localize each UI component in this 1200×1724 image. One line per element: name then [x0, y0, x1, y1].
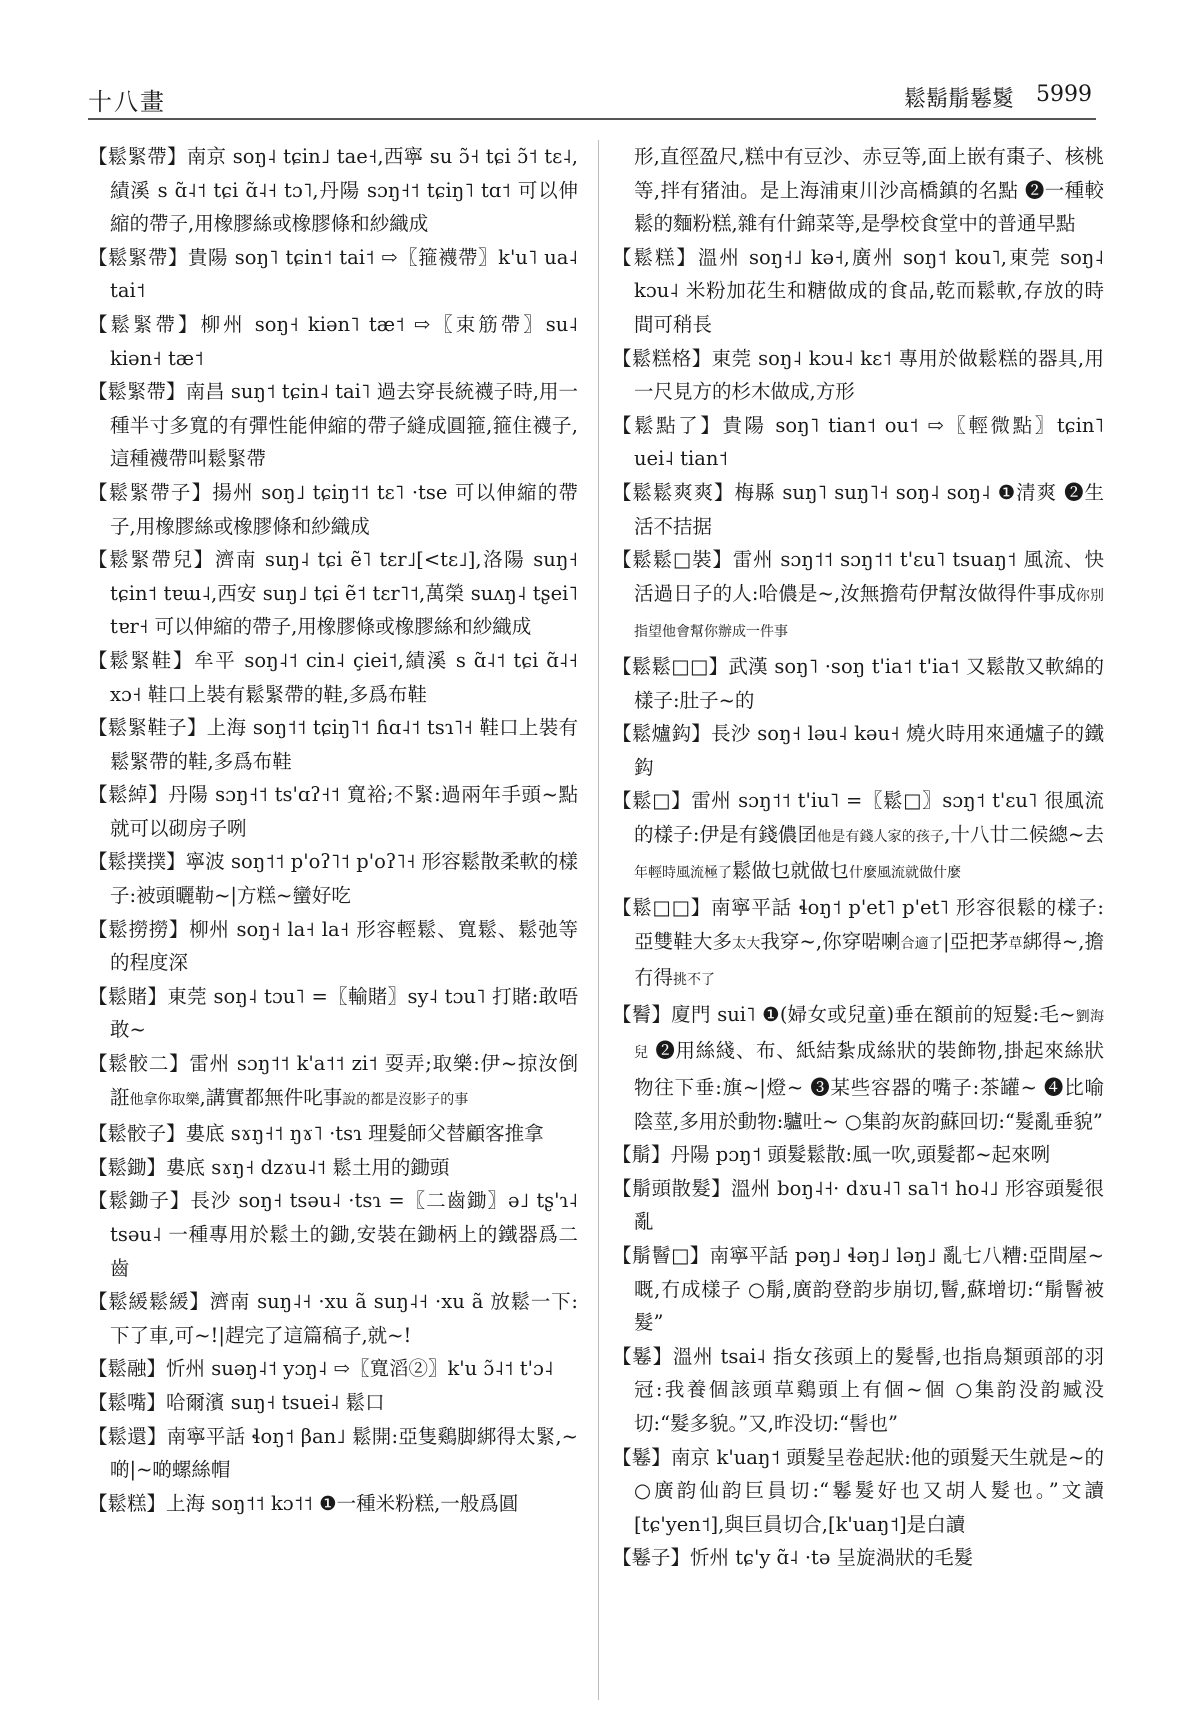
entry-headword: 【鬈】 [612, 1446, 671, 1469]
entry-definition: ❷用絲綫、布、紙結紮成絲狀的裝飾物,掛起來絲狀物往下垂:旗~|燈~ ❸某些容器的… [634, 1039, 1104, 1132]
dictionary-entry: 【鬆嘴】哈爾濱 suŋ˧ tsuei˨ 鬆口 [88, 1386, 578, 1420]
entry-gloss: 合適了 [901, 936, 943, 952]
entry-headword: 【鬆點了】 [612, 414, 722, 437]
section-label: 十八畫 [88, 82, 166, 117]
dictionary-entry: 【鬅】丹陽 pɔŋ˦ 頭髮鬆散:風一吹,頭髮都~起來咧 [612, 1138, 1104, 1172]
dictionary-entry: 【鬆點了】貴陽 soŋ˥ tian˦ ou˦ ⇨〖輕微點〗tɕin˥ uei˨ … [612, 409, 1104, 476]
dictionary-entry: 【鬆鋤】婁底 sɤŋ˧ dzɤu˨˦ 鬆土用的鋤頭 [88, 1151, 578, 1185]
dictionary-entry: 【鬆賭】東莞 soŋ˨ tɔu˥ =〖輸賭〗sy˨ tɔu˥ 打賭:敢唔敢~ [88, 980, 578, 1047]
entry-headword: 【鬆緊鞋】 [88, 649, 194, 672]
entry-headword: 【鬆緊帶子】 [88, 481, 212, 504]
entry-gloss: 太大 [732, 936, 760, 952]
column-divider [598, 140, 599, 1700]
dictionary-entry: 【鬆骹二】雷州 sɔŋ˦˦ k'a˦˦ zi˦ 耍弄;取樂:伊~掠汝倒誑他拿你取… [88, 1047, 578, 1117]
entry-definition: 婁底 sɤŋ˧ dzɤu˨˦ 鬆土用的鋤頭 [166, 1156, 449, 1179]
entry-headword: 【鬈】 [612, 1345, 673, 1368]
dictionary-entry: 【鬆緊帶】柳州 soŋ˧ kiən˥ tæ˦ ⇨〖束筋帶〗su˨ kiən˧ t… [88, 308, 578, 375]
entry-gloss: 挑不了 [673, 972, 715, 988]
dictionary-entry: 【鬆爐鈎】長沙 soŋ˧ ləu˨ kəu˧ 燒火時用來通爐子的鐵鈎 [612, 717, 1104, 784]
dictionary-entry: 形,直徑盈尺,糕中有豆沙、赤豆等,面上嵌有棗子、核桃等,拌有猪油。是上海浦東川沙… [612, 140, 1104, 241]
entry-definition: 東莞 soŋ˨ tɔu˥ =〖輸賭〗sy˨ tɔu˥ 打賭:敢唔敢~ [110, 985, 578, 1042]
dictionary-entry: 【鬆鬆□□】武漢 soŋ˥ ·soŋ t'ia˦ t'ia˦ 又鬆散又軟綿的樣子… [612, 650, 1104, 717]
entry-headword: 【鬆撈撈】 [88, 918, 189, 941]
entry-headword: 【鬆□□】 [612, 896, 711, 919]
page-number: 5999 [1036, 82, 1092, 113]
entry-definition: 形,直徑盈尺,糕中有豆沙、赤豆等,面上嵌有棗子、核桃等,拌有猪油。是上海浦東川沙… [634, 145, 1104, 235]
entry-headword: 【鬈子】 [612, 1546, 690, 1569]
entry-headword: 【鬆緊帶】 [88, 246, 188, 269]
dictionary-entry: 【鬆還】南寧平話 ɬoŋ˦ βan˩ 鬆開:亞隻鷄脚綁得太緊,~啲|~啲螺絲帽 [88, 1420, 578, 1487]
entry-definition: 婁底 sɤŋ˧˦ ŋɤ˥ ·tsɿ 理髮師父替顧客推拿 [186, 1122, 544, 1145]
left-column: 【鬆緊帶】南京 soŋ˨ tɕin˩ tae˧,西寧 su ɔ̃˧ tɕi ɔ̃… [88, 140, 578, 1520]
dictionary-entry: 【鬆緊鞋子】上海 soŋ˦˦ tɕiŋ˥˦ ɦɑ˨˦ tsɿ˥˧ 鞋口上裝有鬆緊… [88, 711, 578, 778]
entry-headword: 【鬆還】 [88, 1425, 167, 1448]
dictionary-entry: 【鬆糕】溫州 soŋ˧˩ kə˧,廣州 soŋ˦ kou˥,東莞 soŋ˨ kɔ… [612, 241, 1104, 342]
entry-headword: 【鬆鬆□裝】 [612, 548, 733, 571]
dictionary-entry: 【鬈子】忻州 tɕ'y ɑ̃˨ ·tə 呈旋渦狀的毛髮 [612, 1541, 1104, 1575]
entry-gloss: 他拿你取樂 [130, 1092, 200, 1108]
entry-definition: |亞把茅 [943, 930, 1009, 953]
entry-headword: 【鬆鋤子】 [88, 1189, 190, 1212]
dictionary-entry: 【鬆撈撈】柳州 soŋ˧ la˧ la˧ 形容輕鬆、寬鬆、鬆弛等的程度深 [88, 913, 578, 980]
dictionary-entry: 【鬆鬆爽爽】梅縣 suŋ˥ suŋ˥˧ soŋ˨ soŋ˨ ❶清爽 ❷生活不拮据 [612, 476, 1104, 543]
entry-headword: 【鬅】 [612, 1143, 671, 1166]
dictionary-entry: 【鬆緊帶兒】濟南 suŋ˨ tɕi ẽ˥ tɛr˩[<tɛ˩],洛陽 suŋ˧ … [88, 543, 578, 644]
entry-headword: 【鬅頭散髮】 [612, 1177, 731, 1200]
dictionary-entry: 【鬆撲撲】寧波 soŋ˦˦ p'oʔ˥˦ p'oʔ˥˧ 形容鬆散柔軟的樣子:被頭… [88, 845, 578, 912]
entry-headword: 【鬆緩鬆緩】 [88, 1290, 210, 1313]
entry-definition: ,講實都無件叱事 [200, 1086, 343, 1109]
dictionary-entry: 【鬆緊帶】貴陽 soŋ˥ tɕin˦ tai˦ ⇨〖箍襪帶〗k'u˥ ua˨ t… [88, 241, 578, 308]
entry-headword: 【鬆緊鞋子】 [88, 716, 207, 739]
entry-gloss: 什麼風流就做什麼 [849, 865, 961, 881]
entry-definition: ,十八廿二候總~去 [944, 823, 1104, 846]
entry-definition: 丹陽 pɔŋ˦ 頭髮鬆散:風一吹,頭髮都~起來咧 [671, 1143, 1051, 1166]
dictionary-entry: 【鬆緊帶子】揚州 soŋ˩ tɕiŋ˦˦ tɛ˥ ·tse 可以伸縮的帶子,用橡… [88, 476, 578, 543]
entry-gloss: 說的都是沒影子的事 [342, 1092, 468, 1108]
entry-headword: 【鬆鋤】 [88, 1156, 166, 1179]
entry-definition: 鬆做乜就做乜 [732, 859, 849, 882]
entry-headword: 【鬆緊帶兒】 [88, 548, 215, 571]
dictionary-entry: 【鬆緩鬆緩】濟南 suŋ˨˧ ·xu ã suŋ˨˧ ·xu ã 放鬆一下:下了… [88, 1285, 578, 1352]
entry-headword: 【鬆融】 [88, 1357, 166, 1380]
dictionary-entry: 【鬅鬙□】南寧平話 pəŋ˩ ɬəŋ˩ ləŋ˩ 亂七八糟:亞間屋~嘅,冇成樣子… [612, 1239, 1104, 1340]
dictionary-entry: 【鬆融】忻州 suəŋ˨˦ yɔŋ˨ ⇨〖寬滔②〗k'u ɔ̃˨˦ t'ɔ˨ [88, 1352, 578, 1386]
dictionary-entry: 【鬆□□】南寧平話 ɬoŋ˦ p'et˥ p'et˥ 形容很鬆的樣子:亞雙鞋大多… [612, 891, 1104, 998]
entry-definition: 丹陽 sɔŋ˧˦ ts'ɑʔ˧˦ 寬裕;不緊:過兩年手頭~點就可以砌房子咧 [110, 783, 578, 840]
entry-headword: 【鬆緊帶】 [88, 145, 187, 168]
entry-definition: 溫州 tsai˨ 指女孩頭上的髮髻,也指鳥類頭部的羽冠:我養個該頭草鷄頭上有個~… [634, 1345, 1104, 1435]
entry-headword: 【鬆□】 [612, 789, 691, 812]
entry-headword: 【鬆糕】 [88, 1492, 166, 1515]
header-rule [88, 118, 1096, 120]
dictionary-entry: 【鬈】溫州 tsai˨ 指女孩頭上的髮髻,也指鳥類頭部的羽冠:我養個該頭草鷄頭上… [612, 1340, 1104, 1441]
dictionary-entry: 【鬆鬆□裝】雷州 sɔŋ˦˦ sɔŋ˦˦ t'ɛu˥ tsuaŋ˦ 風流、快活過… [612, 543, 1104, 650]
entry-gloss: 草 [1009, 936, 1023, 952]
dictionary-entry: 【鬆鋤子】長沙 soŋ˧ tsəu˨ ·tsɿ =〖二齒鋤〗ə˩ tʂ'ɿ˨ t… [88, 1184, 578, 1285]
entry-definition: 我穿~,你穿啱喇 [760, 930, 900, 953]
dictionary-entry: 【鬆綽】丹陽 sɔŋ˧˦ ts'ɑʔ˧˦ 寬裕;不緊:過兩年手頭~點就可以砌房子… [88, 778, 578, 845]
entry-headword: 【鬅鬙□】 [612, 1244, 710, 1267]
dictionary-entry: 【鬆緊鞋】牟平 soŋ˨˦ cin˨ çiei˦,績溪 s ɑ̃˨˦ tɕi ɑ… [88, 644, 578, 711]
entry-definition: 忻州 suəŋ˨˦ yɔŋ˨ ⇨〖寬滔②〗k'u ɔ̃˨˦ t'ɔ˨ [166, 1357, 553, 1380]
entry-headword: 【鬆骹子】 [88, 1122, 186, 1145]
entry-headword: 【鬆骹二】 [88, 1052, 189, 1075]
entry-definition: 哈爾濱 suŋ˧ tsuei˨ 鬆口 [166, 1391, 385, 1414]
entry-headword: 【鬌】 [612, 1003, 671, 1026]
guide-characters: 鬆鬍鬅鬈鬉 [904, 82, 1014, 113]
entry-headword: 【鬆糕】 [612, 246, 698, 269]
entry-headword: 【鬆緊帶】 [88, 380, 186, 403]
dictionary-entry: 【鬆緊帶】南京 soŋ˨ tɕin˩ tae˧,西寧 su ɔ̃˧ tɕi ɔ̃… [88, 140, 578, 241]
entry-headword: 【鬆綽】 [88, 783, 168, 806]
entry-definition: 廈門 sui˥ ❶(婦女或兒童)垂在額前的短髮:毛~ [671, 1003, 1075, 1026]
entry-definition: 南寧平話 ɬoŋ˦ βan˩ 鬆開:亞隻鷄脚綁得太緊,~啲|~啲螺絲帽 [110, 1425, 578, 1482]
entry-headword: 【鬆糕格】 [612, 347, 712, 370]
entry-definition: 南京 k'uaŋ˦ 頭髮呈卷起狀:他的頭髮天生就是~的 ○廣韵仙韵巨員切:“鬈髮… [634, 1446, 1104, 1536]
dictionary-entry: 【鬈】南京 k'uaŋ˦ 頭髮呈卷起狀:他的頭髮天生就是~的 ○廣韵仙韵巨員切:… [612, 1441, 1104, 1542]
entry-gloss: 他是有錢人家的孩子 [817, 829, 944, 845]
dictionary-entry: 【鬆緊帶】南昌 suŋ˦ tɕin˨ tai˥ 過去穿長統襪子時,用一種半寸多寬… [88, 375, 578, 476]
entry-headword: 【鬆緊帶】 [88, 313, 201, 336]
entry-definition: 忻州 tɕ'y ɑ̃˨ ·tə 呈旋渦狀的毛髮 [690, 1546, 973, 1569]
entry-gloss: 年輕時風流極了 [634, 865, 732, 881]
dictionary-entry: 【鬅頭散髮】溫州 boŋ˨˧· dɤu˨˥ sa˥˦ ho˨˩ 形容頭髮很亂 [612, 1172, 1104, 1239]
entry-headword: 【鬆鬆□□】 [612, 655, 728, 678]
dictionary-entry: 【鬆骹子】婁底 sɤŋ˧˦ ŋɤ˥ ·tsɿ 理髮師父替顧客推拿 [88, 1117, 578, 1151]
entry-headword: 【鬆賭】 [88, 985, 167, 1008]
dictionary-entry: 【鬌】廈門 sui˥ ❶(婦女或兒童)垂在額前的短髮:毛~劉海兒 ❷用絲綫、布、… [612, 998, 1104, 1138]
running-head: 鬆鬍鬅鬈鬉 5999 [904, 82, 1092, 113]
entry-headword: 【鬆嘴】 [88, 1391, 166, 1414]
right-column: 形,直徑盈尺,糕中有豆沙、赤豆等,面上嵌有棗子、核桃等,拌有猪油。是上海浦東川沙… [612, 140, 1104, 1575]
dictionary-entry: 【鬆糕】上海 soŋ˦˦ kɔ˦˦ ❶一種米粉糕,一般爲圓 [88, 1487, 578, 1521]
page-header: 十八畫 鬆鬍鬅鬈鬉 5999 [88, 78, 1092, 118]
entry-headword: 【鬆撲撲】 [88, 850, 186, 873]
dictionary-entry: 【鬆□】雷州 sɔŋ˦˦ t'iu˥ =〖鬆□〗sɔŋ˦ t'ɛu˥ 很風流的樣… [612, 784, 1104, 891]
entry-headword: 【鬆鬆爽爽】 [612, 481, 734, 504]
entry-definition: 上海 soŋ˦˦ kɔ˦˦ ❶一種米粉糕,一般爲圓 [166, 1492, 518, 1515]
entry-definition: 溫州 soŋ˧˩ kə˧,廣州 soŋ˦ kou˥,東莞 soŋ˨ kɔu˨ 米… [634, 246, 1104, 336]
entry-headword: 【鬆爐鈎】 [612, 722, 711, 745]
dictionary-entry: 【鬆糕格】東莞 soŋ˨ kɔu˨ kɛ˦ 專用於做鬆糕的器具,用一尺見方的杉木… [612, 342, 1104, 409]
